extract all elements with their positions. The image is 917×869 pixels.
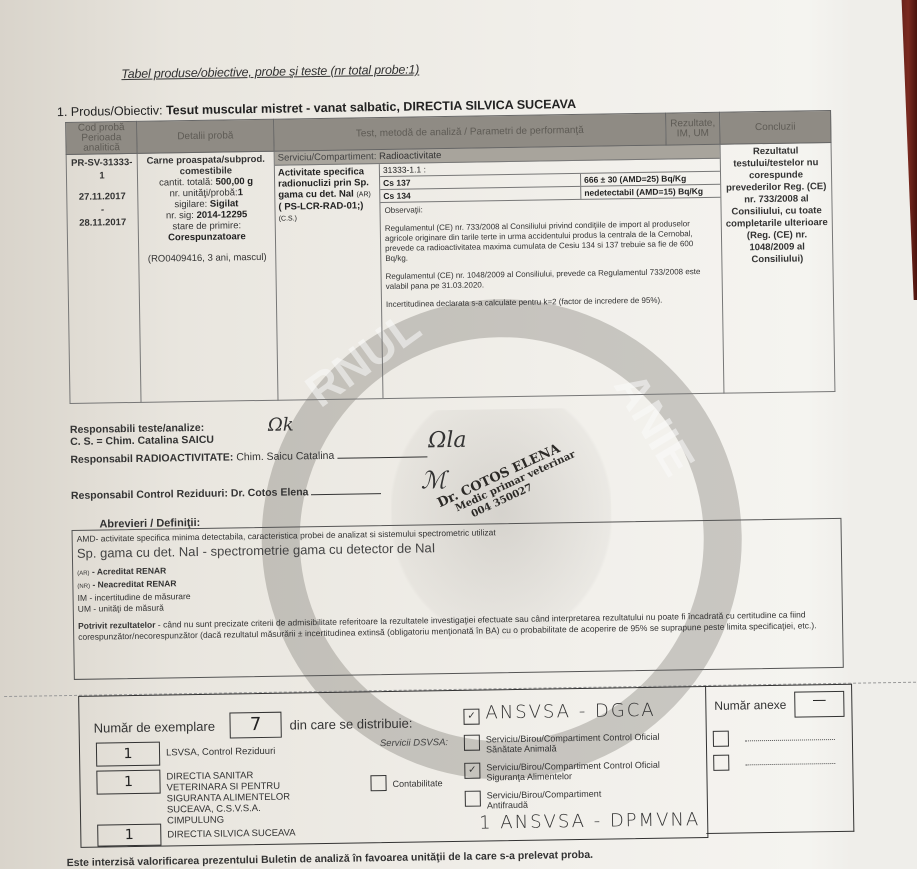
recipient-label: DIRECTIA SILVICA SUCEAVA	[167, 827, 295, 840]
sample-details-cell: Carne proaspata/subprod. comestibile can…	[137, 151, 278, 402]
quantity-value: 500,00 g	[215, 176, 253, 188]
handwritten-ansvsa-dgca: ANSVSA - DGCA	[485, 700, 656, 724]
service-label: Serviciu/Compartiment:	[278, 151, 377, 164]
annexes-count-field[interactable]: —	[794, 691, 844, 718]
service-checkbox-antifraud[interactable]	[465, 791, 481, 807]
service-checkbox-food-safety[interactable]: ✓	[464, 763, 480, 779]
quantity-label: cantit. totală:	[159, 177, 213, 189]
seal-no-value: 2014-12295	[196, 209, 247, 221]
seal-no-label: nr. sig:	[166, 210, 194, 221]
residue-responsible: Responsabil Control Reziduuri: Dr. Cotos…	[71, 485, 382, 502]
residue-responsible-label: Responsabil Control Reziduuri:	[71, 487, 228, 501]
test-results-cell: Serviciu/Compartiment: Radioactivitate A…	[274, 144, 724, 400]
radio-responsible: Responsabil RADIOACTIVITATE: Chim. Saicu…	[70, 448, 427, 466]
test-method-code: ( PS-LCR-RAD-01;)	[278, 200, 363, 212]
seal-label: sigilare:	[174, 199, 207, 211]
annex-checkbox[interactable]	[713, 731, 729, 747]
abbr-text: - incertitudine de măsurare	[89, 591, 190, 603]
reception-value: Corespunzatoare	[142, 231, 272, 244]
recipient-count-field[interactable]: 1	[97, 824, 161, 847]
service-checkbox-animal-health[interactable]	[464, 735, 480, 751]
annex-line	[745, 739, 835, 741]
test-cs-tag: (C.S.)	[279, 215, 297, 222]
distributed-label: din care se distribuie:	[289, 716, 412, 733]
service-label-antifraud: Serviciu/Birou/Compartiment Antifraudă	[487, 788, 617, 810]
samples-table: Cod probă Perioada analitică Detalii pro…	[65, 110, 835, 404]
residue-responsible-value: Dr. Cotos Elena	[231, 486, 309, 499]
accreditation-tag: (AR)	[356, 191, 370, 198]
copies-count-field[interactable]: 7	[229, 712, 281, 739]
service-value: Radioactivitate	[379, 150, 441, 162]
units-value: 1	[238, 187, 243, 198]
abbr-text: - Acreditat RENAR	[92, 565, 166, 576]
abbreviations-box: AMD- activitate specifica minima detecta…	[72, 518, 844, 680]
product-label: 1. Produs/Obiectiv:	[57, 103, 163, 119]
document-sheet: RNUL ANIE Tabel produse/obiective, probe…	[0, 0, 917, 869]
abbr-code: UM	[78, 604, 91, 614]
test-name: Activitate specifica radionuclizi prin S…	[275, 164, 384, 400]
result-value: 666 ± 30 (AMD=25) Bq/Kg	[580, 172, 720, 186]
handwritten-ansvsa-dpmvna: 1 ANSVSA - DPMVNA	[479, 809, 700, 833]
abbr-code: (AR)	[77, 571, 89, 577]
sample-note: (RO0409416, 3 ani, mascul)	[142, 252, 272, 265]
abbr-code: IM	[78, 593, 88, 603]
annex-line	[745, 763, 835, 765]
sample-code-cell: PR-SV-31333-1 27.11.2017 - 28.11.2017	[66, 153, 141, 403]
annexes-label: Număr anexe	[714, 698, 786, 713]
tests-responsible: Responsabili teste/analize: C. S. = Chim…	[70, 422, 214, 448]
service-label-food-safety: Serviciu/Birou/Compartiment Control Ofic…	[486, 760, 666, 783]
conclusion-cell: Rezultatul testului/testelor nu corespun…	[720, 142, 835, 393]
signature-saicu: Ωk	[268, 414, 294, 435]
distribution-box: Număr de exemplare 7 din care se distrib…	[78, 686, 708, 848]
sample-date-end: 28.11.2017	[71, 216, 135, 230]
document-title: Tabel produse/obiective, probe şi teste …	[121, 62, 419, 81]
contabilitate-label: Contabilitate	[392, 778, 442, 789]
tests-responsible-value: C. S. = Chim. Catalina SAICU	[70, 434, 214, 448]
signature-radio: Ωla	[428, 428, 467, 454]
potrivit-rezultatelor: Potrivit rezultatelor - când nu sunt pre…	[78, 609, 838, 643]
observations-title: Observaţii:	[384, 201, 716, 216]
abbr-text: - Neacreditat RENAR	[92, 578, 176, 589]
seal-value: Sigilat	[210, 198, 239, 209]
header-sample-code: Cod probă Perioada analitică	[66, 121, 137, 154]
recipient-count-field[interactable]: 1	[96, 742, 160, 767]
potrivit-label: Potrivit rezultatelor	[78, 620, 156, 631]
observation-item: Regulamentul (CE) nr. 1048/2009 al Consi…	[386, 267, 718, 292]
header-results: Rezultate, IM, UM	[666, 112, 721, 145]
sample-date-start: 27.11.2017	[70, 190, 134, 204]
observation-item: Incertitudinea declarata s-a calculate p…	[386, 295, 718, 310]
radio-responsible-label: Responsabil RADIOACTIVITATE:	[70, 451, 233, 466]
footer-notice: Este interzisă valorificarea prezentului…	[67, 849, 593, 869]
header-sample-details: Detalii probă	[137, 119, 274, 153]
service-label-animal-health: Serviciu/Birou/Compartiment Control Ofic…	[486, 732, 666, 755]
abbr-text: - unităţi de măsură	[93, 603, 164, 614]
reception-value-text: Corespunzatoare	[168, 231, 246, 243]
observation-item: Regulamentul (CE) nr. 733/2008 al Consil…	[385, 219, 718, 264]
recipient-label: DIRECTIA SANITAR VETERINARA SI PENTRU SI…	[166, 769, 307, 826]
signature-cotos: ℳ	[421, 466, 447, 494]
services-label: Servicii DSVSA:	[380, 737, 448, 749]
annex-checkbox[interactable]	[713, 755, 729, 771]
recipient-count-field[interactable]: 1	[96, 770, 160, 795]
table-row: PR-SV-31333-1 27.11.2017 - 28.11.2017 Ca…	[66, 142, 835, 403]
radio-responsible-value: Chim. Saicu Catalina	[236, 450, 334, 464]
abbr-code: (NR)	[77, 584, 90, 590]
header-conclusions: Concluzii	[720, 110, 831, 144]
potrivit-text: - când nu sunt precizate criterii de adm…	[78, 609, 817, 641]
results-block: 31333-1.1 : Cs 137 666 ± 30 (AMD=25) Bq/…	[380, 159, 724, 398]
sample-code: PR-SV-31333-1	[70, 156, 134, 183]
annexes-box: Număr anexe —	[704, 684, 854, 834]
ansvsa-dgca-checkbox[interactable]: ✓	[463, 709, 479, 725]
result-value: nedetectabil (AMD=15) Bq/Kg	[580, 185, 720, 199]
sample-date-sep: -	[70, 203, 134, 217]
copies-label: Număr de exemplare	[94, 719, 216, 736]
recipient-label: LSVSA, Control Reziduuri	[166, 746, 275, 759]
observations: Observaţii: Regulamentul (CE) nr. 733/20…	[380, 198, 722, 324]
contabilitate-checkbox[interactable]	[370, 775, 386, 791]
sample-type: Carne proaspata/subprod. comestibile	[141, 154, 271, 178]
